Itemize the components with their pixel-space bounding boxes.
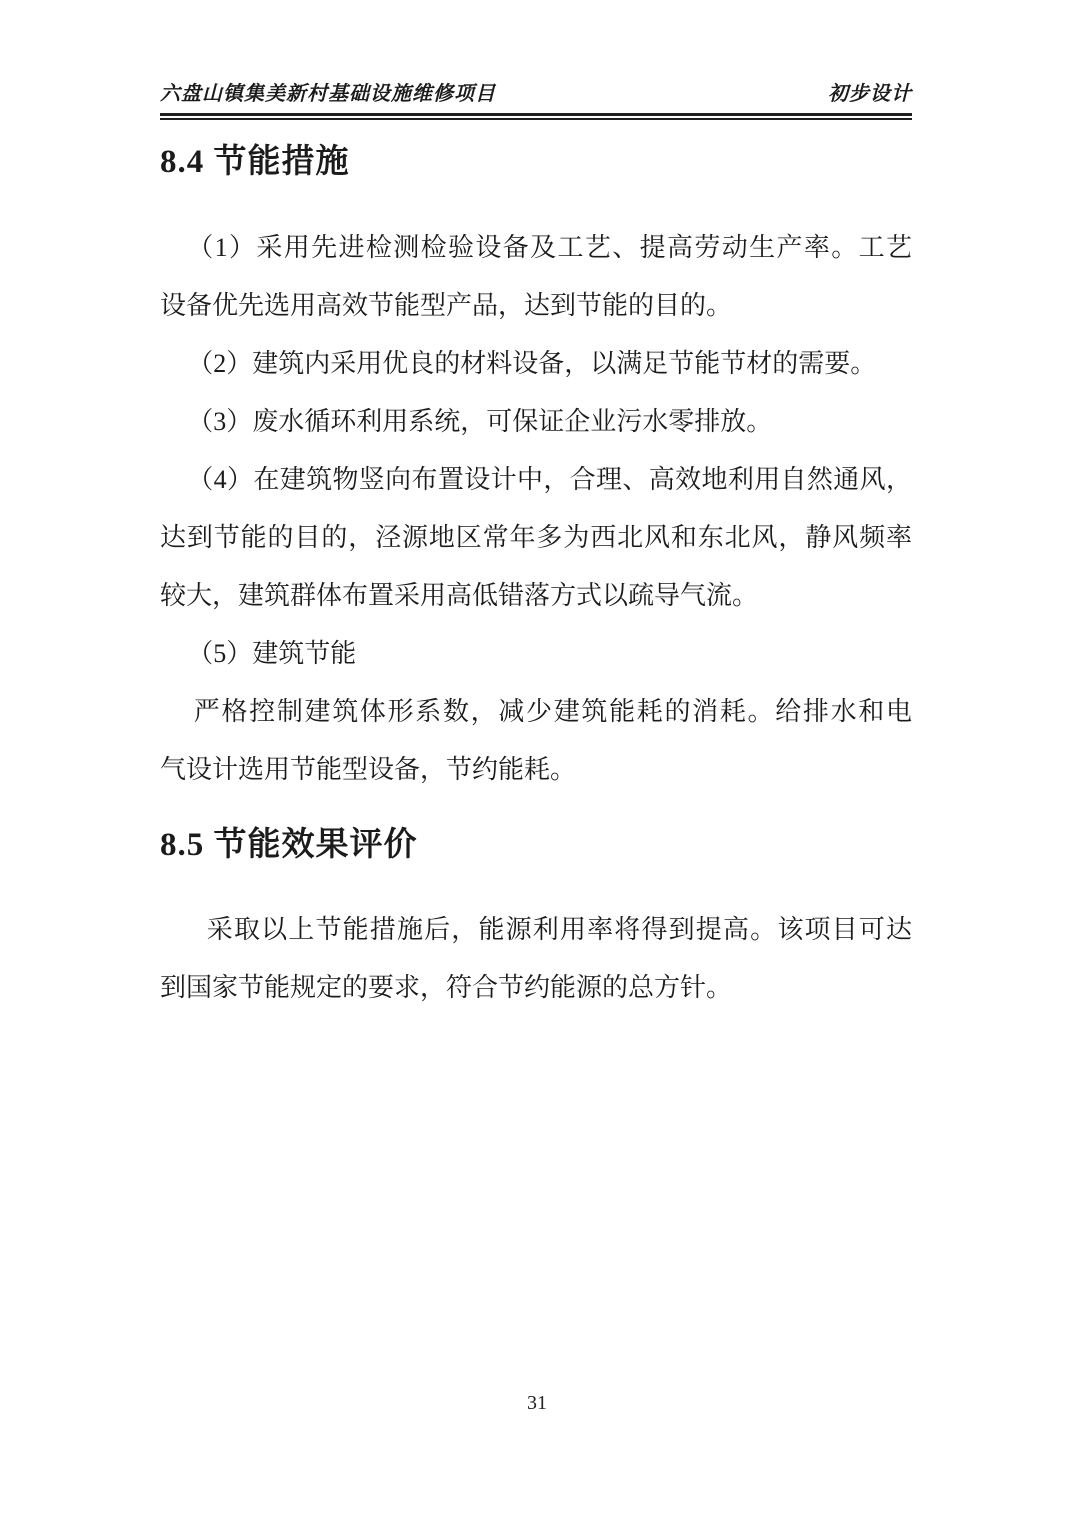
text-line: （5）建筑节能 [160,625,912,683]
text-line: （3）废水循环利用系统，可保证企业污水零排放。 [160,393,912,451]
paragraph: （1）采用先进检测检验设备及工艺、提高劳动生产率。工艺设备优先选用高效节能型产品… [160,219,912,335]
section-heading-8-4: 8.4 节能措施 [160,139,912,185]
document-page: 六盘山镇集美新村基础设施维修项目 初步设计 8.4 节能措施（1）采用先进检测检… [0,0,1074,1520]
text-line: 设备优先选用高效节能型产品，达到节能的目的。 [160,277,912,335]
section-heading-8-5: 8.5 节能效果评价 [160,822,912,868]
section-8-5: 8.5 节能效果评价采取以上节能措施后，能源利用率将得到提高。该项目可达到国家节… [160,822,912,1017]
section-8-4: 8.4 节能措施（1）采用先进检测检验设备及工艺、提高劳动生产率。工艺设备优先选… [160,139,912,799]
paragraph: （2）建筑内采用优良的材料设备，以满足节能节材的需要。 [160,335,912,393]
paragraph: （5）建筑节能 [160,625,912,683]
text-line: 达到节能的目的，泾源地区常年多为西北风和东北风，静风频率 [160,509,912,567]
paragraph: 严格控制建筑体形系数，减少建筑能耗的消耗。给排水和电气设计选用节能型设备，节约能… [160,683,912,799]
text-line: 严格控制建筑体形系数，减少建筑能耗的消耗。给排水和电 [160,683,912,741]
text-line: 气设计选用节能型设备，节约能耗。 [160,741,912,799]
page-number: 31 [0,1390,1074,1416]
header-project-title: 六盘山镇集美新村基础设施维修项目 [160,81,496,107]
paragraph: （4）在建筑物竖向布置设计中，合理、高效地利用自然通风，达到节能的目的，泾源地区… [160,451,912,625]
text-line: （4）在建筑物竖向布置设计中，合理、高效地利用自然通风， [160,451,912,509]
paragraph: 采取以上节能措施后，能源利用率将得到提高。该项目可达到国家节能规定的要求，符合节… [160,901,912,1017]
text-line: （1）采用先进检测检验设备及工艺、提高劳动生产率。工艺 [160,219,912,277]
text-line: 到国家节能规定的要求，符合节约能源的总方针。 [160,959,912,1017]
document-body: 8.4 节能措施（1）采用先进检测检验设备及工艺、提高劳动生产率。工艺设备优先选… [0,139,1074,1017]
text-line: 较大，建筑群体布置采用高低错落方式以疏导气流。 [160,567,912,625]
text-line: 采取以上节能措施后，能源利用率将得到提高。该项目可达 [160,901,912,959]
header-doc-stage: 初步设计 [828,81,912,107]
header-row: 六盘山镇集美新村基础设施维修项目 初步设计 [160,81,912,107]
text-line: （2）建筑内采用优良的材料设备，以满足节能节材的需要。 [160,335,912,393]
header-rule [160,113,912,120]
paragraph: （3）废水循环利用系统，可保证企业污水零排放。 [160,393,912,451]
page-header: 六盘山镇集美新村基础设施维修项目 初步设计 [0,0,1074,120]
